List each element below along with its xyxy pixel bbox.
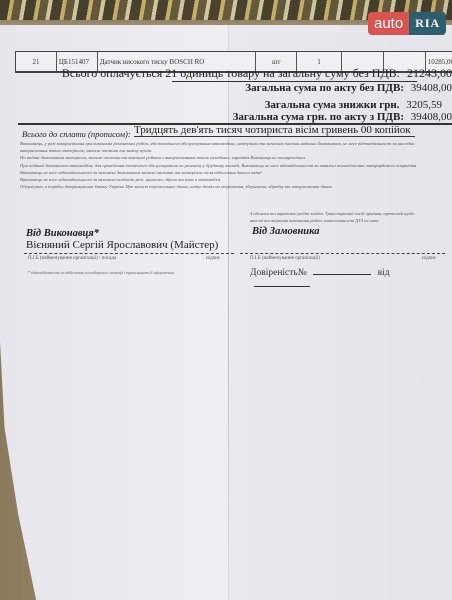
customer-signature-line [240, 253, 445, 254]
term-1: Виконавець, у разі використання при вико… [20, 140, 440, 154]
in-words-label: Всього до сплати (прописом): [22, 129, 131, 139]
watermark-ria: RIA [409, 12, 446, 35]
customer-acceptance-note: З обсягом та вартістю робіт згоден. Тран… [250, 210, 425, 224]
in-words-value: Тридцять дев'ять тисяч чотириста вісім г… [134, 124, 415, 137]
contractor-heading: Від Виконавця* [26, 228, 99, 239]
contractor-name: Вієняний Сергій Ярославович (Майстер) [26, 239, 218, 251]
act-total-no-vat-label: Загальна сума по акту без ПДВ: [245, 82, 404, 94]
contractor-caption-signature: підпис [206, 256, 220, 261]
act-total-vat: Загальна сума грн. по акту з ПДВ: 39408,… [233, 111, 452, 123]
poa-from-label: від [378, 268, 390, 278]
paid-summary-value: 21243,00 [407, 66, 452, 80]
contractor-footnote: * відповідальність за здійснення господа… [28, 270, 174, 275]
customer-caption-name: П.І.Б (найменування організації) [250, 256, 320, 261]
act-total-no-vat-value: 39408,00 [411, 82, 452, 94]
watermark-auto: auto [368, 12, 409, 35]
term-5: Виконавець не несе відповідальності за з… [20, 176, 440, 183]
term-3: При наданні Замовником автомобіля, для п… [20, 162, 440, 169]
paid-summary: Всього оплачується 21 одиниць товару на … [62, 66, 452, 81]
contractor-signature-line [24, 253, 234, 254]
item-number: 21 [16, 52, 57, 71]
poa-number-blank [313, 266, 371, 275]
poa-label: Довіреність№ [250, 268, 307, 278]
power-of-attorney: Довіреність№ від [250, 266, 452, 290]
paid-summary-label: Всього оплачується 21 одиниць товару на … [62, 66, 400, 80]
terms-block: Виконавець, у разі використання при вико… [20, 140, 440, 190]
discount-label: Загальна сума знижки грн. [265, 99, 400, 111]
term-2: На надані Замовником матеріали, запасні … [20, 154, 440, 161]
term-4: Виконавець не несе відповідальності за з… [20, 169, 440, 176]
term-6: Одержувач, в порядку дотримування Закону… [20, 183, 440, 190]
act-total-vat-value: 39408,00 [411, 111, 452, 123]
act-total-no-vat: Загальна сума по акту без ПДВ: 39408,00 [245, 82, 452, 94]
act-total-vat-label: Загальна сума грн. по акту з ПДВ: [233, 111, 404, 123]
contractor-caption-name: П.І.Б (найменування організації) / посад… [28, 256, 116, 261]
customer-caption-signature: підпис [422, 256, 436, 261]
poa-date-blank [254, 278, 310, 287]
discount-total: Загальна сума знижки грн. 3205,59 [265, 99, 442, 111]
paper-fold-line [228, 25, 229, 600]
autoria-watermark: auto RIA [368, 12, 446, 35]
customer-heading: Від Замовника [252, 226, 319, 237]
discount-value: 3205,59 [406, 99, 442, 111]
